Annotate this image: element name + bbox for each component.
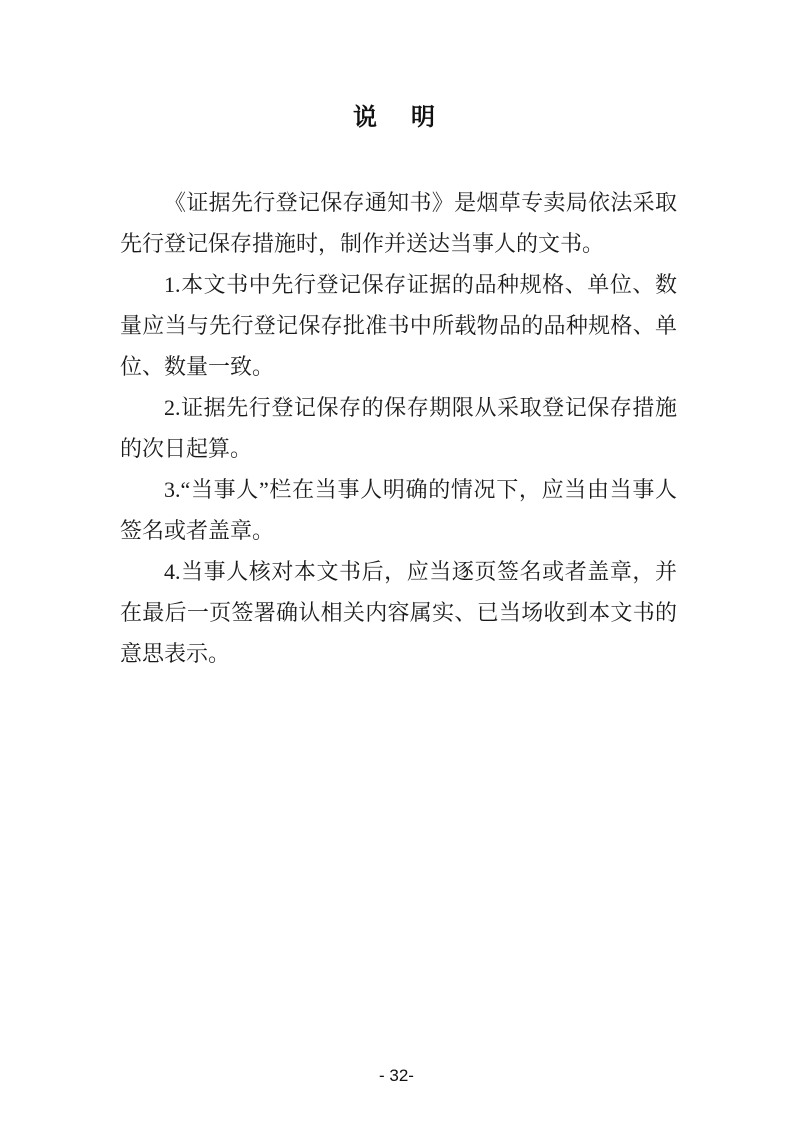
paragraph-item-3: 3.“当事人”栏在当事人明确的情况下，应当由当事人签名或者盖章。: [120, 469, 677, 551]
paragraph-item-2: 2.证据先行登记保存的保存期限从采取登记保存措施的次日起算。: [120, 387, 677, 469]
paragraph-intro: 《证据先行登记保存通知书》是烟草专卖局依法采取先行登记保存措施时，制作并送达当事…: [120, 182, 677, 264]
paragraph-item-1: 1.本文书中先行登记保存证据的品种规格、单位、数量应当与先行登记保存批准书中所载…: [120, 264, 677, 387]
page-title: 说 明: [0, 100, 793, 136]
page-number: - 32-: [0, 1066, 793, 1086]
document-body: 《证据先行登记保存通知书》是烟草专卖局依法采取先行登记保存措施时，制作并送达当事…: [0, 182, 793, 674]
document-page: 说 明 《证据先行登记保存通知书》是烟草专卖局依法采取先行登记保存措施时，制作并…: [0, 0, 793, 1122]
paragraph-item-4: 4.当事人核对本文书后，应当逐页签名或者盖章，并在最后一页签署确认相关内容属实、…: [120, 551, 677, 674]
